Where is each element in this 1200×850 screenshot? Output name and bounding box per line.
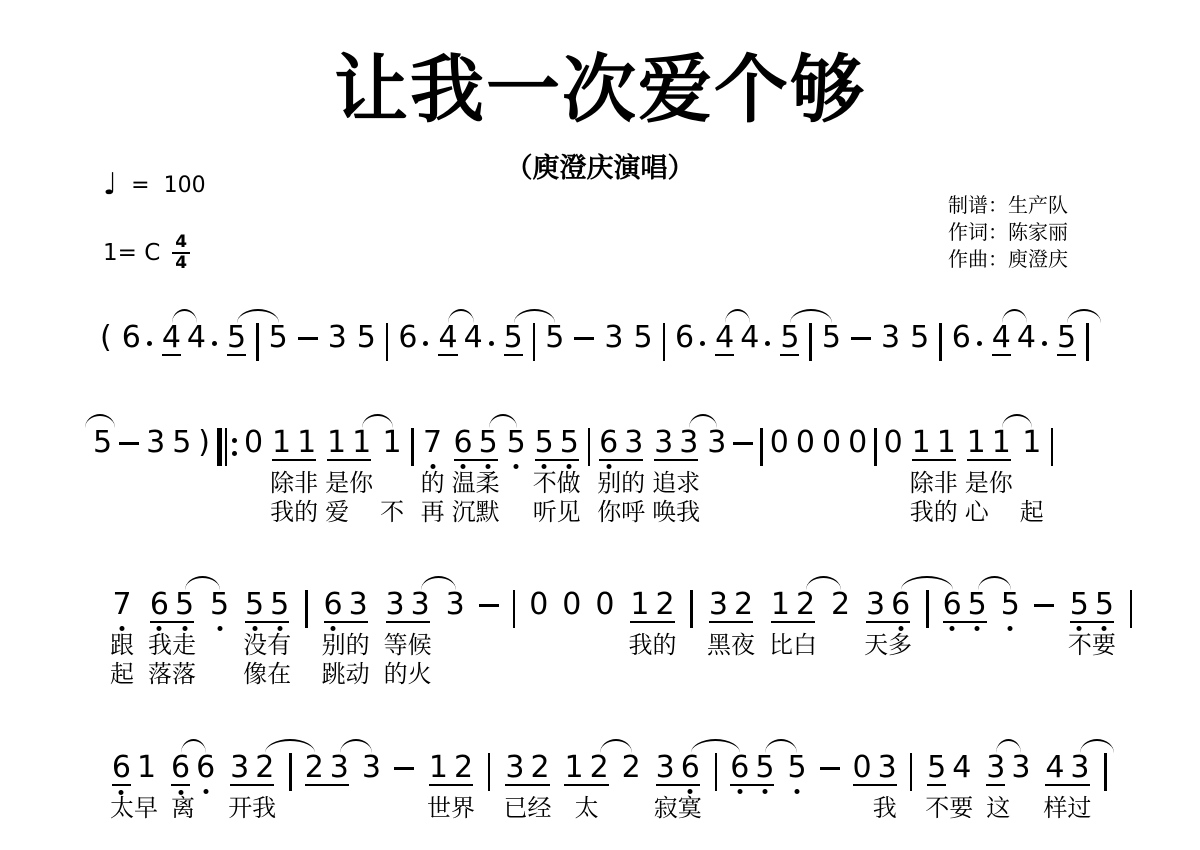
note-row: 3 — [604, 323, 623, 363]
note-group: 11除非我的 — [910, 428, 958, 527]
note: 5 — [787, 753, 806, 783]
note: 1 — [992, 428, 1011, 458]
music-line-2: 535)011除非我的11是你爱1不7的再65温柔沉默555不做听见63别的你呼… — [93, 428, 1053, 527]
lyric-line1 — [707, 469, 726, 498]
beam-group: 63 — [599, 428, 643, 461]
lyric-line1 — [848, 469, 867, 498]
note-group: 6 — [952, 323, 982, 363]
barline — [1051, 428, 1054, 466]
note-row: 55 — [245, 590, 289, 630]
lyric-line2 — [864, 660, 912, 689]
lyric-line2 — [172, 498, 191, 527]
note-group: 6 — [675, 323, 705, 363]
note: 5 — [507, 428, 526, 458]
barline — [926, 590, 929, 628]
note-row: 5 — [507, 428, 526, 468]
lyric-line1 — [822, 469, 841, 498]
note: 5 — [270, 590, 289, 620]
note-row: 6 — [398, 323, 428, 363]
note-row: 5 — [357, 323, 376, 363]
note: 1 — [272, 428, 291, 458]
note-group: 5 — [545, 323, 564, 363]
lyric-line2 — [1001, 660, 1020, 689]
dash-note — [574, 337, 594, 340]
note: 5 — [927, 753, 946, 786]
note-row: 63 — [599, 428, 643, 468]
lyric-line1 — [796, 469, 815, 498]
lyric-line1 — [362, 794, 381, 823]
lyric-line2: 跳动 — [322, 660, 370, 689]
lyric-line1: 等候 — [384, 631, 432, 660]
barline — [411, 428, 414, 466]
augmentation-dot — [977, 341, 982, 346]
note: 1 — [937, 428, 956, 458]
tie-arc — [172, 309, 197, 323]
note-group: 44 — [992, 323, 1047, 363]
lyric-line1: 别的 — [597, 469, 645, 498]
note: 6 — [122, 323, 141, 353]
note: 6 — [454, 428, 473, 458]
score: (6445535644553564455356445535)011除非我的11是… — [0, 0, 1200, 850]
augmentation-dot — [765, 341, 770, 346]
barline — [760, 428, 763, 466]
tie-arc — [978, 576, 1011, 590]
note: 3 — [230, 753, 249, 783]
note-row: 5 — [1057, 323, 1076, 363]
note: 0 — [244, 428, 263, 458]
note-group: 5 — [172, 428, 191, 527]
beam-group: 11 — [272, 428, 316, 461]
note-row: 32 — [230, 753, 274, 793]
note-group: 65 — [943, 590, 987, 689]
tie-arc — [181, 739, 206, 753]
note-group: 33等候的火 — [384, 590, 432, 689]
beam-group: 32 — [505, 753, 549, 786]
note-group: 55没有像在 — [243, 590, 291, 689]
beam-group: 33 — [654, 428, 698, 461]
note-group: 5 — [357, 323, 376, 363]
note: 3 — [866, 590, 885, 620]
note-row: 3 — [146, 428, 165, 468]
tie-arc — [901, 576, 953, 590]
tie-arc — [185, 576, 220, 590]
note-row: 7 — [112, 590, 131, 630]
note-row: 5 — [269, 323, 288, 363]
lyric-line1: 没有 — [243, 631, 291, 660]
beam-group: 55 — [535, 428, 579, 461]
note: 2 — [590, 753, 609, 783]
dash-note — [1034, 604, 1054, 607]
note-row: 3 — [328, 323, 347, 363]
note: 3 — [707, 428, 726, 458]
lyric-line1: 是你 — [965, 469, 1013, 498]
barline — [1086, 323, 1089, 361]
note-group: 6 — [398, 323, 428, 363]
note-group: 11除非我的 — [270, 428, 318, 527]
lyric-line2: 沉默 — [452, 498, 500, 527]
note-group: 3 — [881, 323, 900, 363]
note-row: 12 — [771, 590, 815, 630]
note-group: 11是你爱 — [325, 428, 373, 527]
augmentation-dot — [700, 341, 705, 346]
lyric-line1 — [529, 631, 548, 660]
note: 2 — [796, 590, 815, 620]
tie-arc — [85, 414, 115, 428]
lyric-line1 — [172, 469, 191, 498]
note: 2 — [530, 753, 549, 783]
beam-group: 03 — [853, 753, 897, 786]
music-line-4: 61太早66离32开我23312世界32已经12太236寂寞65503我54不要… — [110, 753, 1107, 823]
note: 7 — [423, 428, 442, 458]
note-group: 5 — [1057, 323, 1076, 363]
note: 3 — [1070, 753, 1089, 783]
augmentation-dot — [1042, 341, 1047, 346]
note-group: 5 — [504, 323, 523, 363]
note: 6 — [324, 590, 343, 620]
note-row: 11 — [272, 428, 316, 468]
tie-arc — [237, 309, 279, 323]
note-row: 3 — [362, 753, 381, 793]
note: 1 — [630, 590, 649, 620]
note-group: 3 — [446, 590, 465, 689]
note: 5 — [755, 753, 774, 783]
note: 4 — [1045, 753, 1064, 783]
tie-arc — [691, 739, 740, 753]
note-group: 5 — [227, 323, 246, 363]
note: 5 — [633, 323, 652, 353]
tie-arc — [1002, 414, 1032, 428]
note-row: 6 — [952, 323, 982, 363]
lyric-line2 — [244, 498, 263, 527]
note-group: 36天多 — [864, 590, 912, 689]
tie-arc — [1002, 309, 1027, 323]
note-row: 5 — [1001, 590, 1020, 630]
note: 0 — [848, 428, 867, 458]
note-group: 3 — [362, 753, 381, 823]
beam-group: 11 — [967, 428, 1011, 461]
lyric-line1: 太早 — [110, 794, 158, 823]
note: 1 — [429, 753, 448, 783]
lyric-line2 — [770, 498, 789, 527]
note: 3 — [146, 428, 165, 458]
note: 1 — [967, 428, 986, 458]
lyric-line1: 已经 — [503, 794, 551, 823]
dash-note — [119, 442, 139, 445]
note-row: 33 — [986, 753, 1030, 793]
barline — [1130, 590, 1133, 628]
dash-note — [479, 604, 499, 607]
note: 3 — [679, 428, 698, 458]
note-row: 23 — [305, 753, 349, 793]
note: 6 — [112, 753, 131, 786]
note: 0 — [822, 428, 841, 458]
note-group: 3 — [707, 428, 726, 527]
note-row: 44 — [438, 323, 493, 363]
note: 5 — [1057, 323, 1076, 356]
note-row: 65 — [454, 428, 498, 468]
tie-arc — [489, 414, 517, 428]
note: 6 — [150, 590, 169, 620]
note: 1 — [137, 753, 156, 783]
barline — [533, 323, 536, 361]
note-row: 11 — [912, 428, 956, 468]
lyric-line2 — [822, 498, 841, 527]
music-line-3: 7跟起65我走落落555没有像在63别的跳动33等候的火300012我的32黑夜… — [110, 590, 1132, 689]
note-row: 0 — [884, 428, 903, 468]
note: 3 — [604, 323, 623, 353]
barline — [1104, 753, 1107, 791]
note-group: 54不要 — [925, 753, 973, 823]
note: 3 — [656, 753, 675, 783]
lyric-line1 — [507, 469, 526, 498]
repeat-sign — [217, 428, 237, 466]
note: 6 — [599, 428, 618, 458]
note: 2 — [305, 753, 324, 783]
note-row: 3 — [881, 323, 900, 363]
lyric-line2: 像在 — [243, 660, 291, 689]
note-group: 12我的 — [628, 590, 676, 689]
lyric-line1: 离 — [171, 794, 215, 823]
note: 5 — [910, 323, 929, 353]
lyric-line2: 再 — [421, 498, 445, 527]
note: 6 — [398, 323, 417, 353]
note-row: 0 — [822, 428, 841, 468]
lyric-line2 — [831, 660, 850, 689]
note: 5 — [175, 590, 194, 620]
lyric-line1 — [210, 631, 229, 660]
barline — [663, 323, 666, 361]
lyric-line1: 不做 — [533, 469, 581, 498]
barline — [588, 428, 591, 466]
tie-arc — [790, 309, 832, 323]
dash-note — [298, 337, 318, 340]
note-group: 12世界 — [427, 753, 475, 823]
note-row: 0 — [796, 428, 815, 468]
lyric-line2 — [210, 660, 229, 689]
note-group: 43样过 — [1043, 753, 1091, 823]
lyric-line2: 起 — [110, 660, 134, 689]
note: 0 — [595, 590, 614, 620]
note: 5 — [479, 428, 498, 458]
barline — [715, 753, 718, 791]
note: 1 — [297, 428, 316, 458]
tie-arc — [448, 309, 474, 323]
note-group: 0 — [848, 428, 867, 527]
note: 5 — [93, 428, 112, 458]
note-group: 55不做听见 — [533, 428, 581, 527]
barline — [386, 323, 389, 361]
lyric-line1: 是你 — [325, 469, 373, 498]
note-group: 61太早 — [110, 753, 158, 823]
note: 1 — [912, 428, 931, 458]
note-row: 44 — [162, 323, 217, 363]
note-row: 0 — [848, 428, 867, 468]
beam-group: 11 — [327, 428, 371, 461]
barline — [256, 323, 259, 361]
note-row: 5 — [227, 323, 246, 363]
lyric-line1: 追求 — [652, 469, 700, 498]
tie-arc — [265, 739, 315, 753]
note-group: 0 — [595, 590, 614, 689]
lyric-line1: 别的 — [322, 631, 370, 660]
note: 3 — [878, 753, 897, 783]
note-row: 36 — [656, 753, 700, 793]
note-row: 5 — [910, 323, 929, 363]
note: 5 — [535, 428, 554, 458]
note: 1 — [327, 428, 346, 458]
note-group: 1起 — [1020, 428, 1044, 527]
note-group: 1不 — [380, 428, 404, 527]
note-group: 5 — [787, 753, 806, 823]
note: 5 — [560, 428, 579, 458]
note-row: 5 — [787, 753, 806, 793]
tie-arc — [1067, 309, 1101, 323]
lyric-line1: 的 — [421, 469, 445, 498]
tie-arc — [806, 576, 841, 590]
lyric-line1: 比白 — [769, 631, 817, 660]
note-row: 65 — [730, 753, 774, 793]
note-group: 3 — [328, 323, 347, 363]
beam-group: 12 — [630, 590, 674, 623]
tie-arc — [765, 739, 797, 753]
barline — [910, 753, 913, 791]
lyric-line1 — [595, 631, 614, 660]
lyric-line2 — [595, 660, 614, 689]
note: 5 — [172, 428, 191, 458]
note-group: 44 — [438, 323, 493, 363]
lyric-line2: 听见 — [533, 498, 581, 527]
note: 3 — [328, 323, 347, 353]
parenthesis: ( — [100, 323, 112, 353]
beam-group: 65 — [730, 753, 774, 786]
note: 6 — [196, 753, 215, 783]
lyric-line1 — [884, 469, 903, 498]
lyric-line1 — [1001, 631, 1020, 660]
note-row: 2 — [622, 753, 641, 793]
lyric-line1: 不要 — [925, 794, 973, 823]
note-group: 65温柔沉默 — [452, 428, 500, 527]
barline — [289, 753, 292, 791]
note-group: 5 — [210, 590, 229, 689]
note-row: 63 — [324, 590, 368, 630]
note-row: 5 — [633, 323, 652, 363]
beam-group: 12 — [771, 590, 815, 623]
lyric-line2 — [943, 660, 987, 689]
beam-group: 23 — [305, 753, 349, 786]
note: 5 — [780, 323, 799, 356]
lyric-line2 — [146, 498, 165, 527]
lyric-line1 — [787, 794, 806, 823]
lyric-line2 — [446, 660, 465, 689]
note: 4 — [952, 753, 971, 783]
beam-group: 12 — [429, 753, 473, 786]
lyric-line1: 天多 — [864, 631, 912, 660]
note: 0 — [884, 428, 903, 458]
note: 6 — [891, 590, 910, 620]
lyric-line2 — [796, 498, 815, 527]
note: 5 — [245, 590, 264, 620]
note-row: 32 — [505, 753, 549, 793]
note-row: 0 — [595, 590, 614, 630]
note-row: 3 — [446, 590, 465, 630]
note: 5 — [504, 323, 523, 356]
lyric-line1: 太 — [564, 794, 608, 823]
augmentation-dot — [147, 341, 152, 346]
lyric-line1 — [146, 469, 165, 498]
beam-group: 65 — [454, 428, 498, 461]
note-row: 5 — [545, 323, 564, 363]
lyric-line1 — [562, 631, 581, 660]
note: 6 — [171, 753, 190, 786]
note-row: 5 — [504, 323, 523, 363]
note: 6 — [952, 323, 971, 353]
note: 3 — [446, 590, 465, 620]
lyric-line1: 温柔 — [452, 469, 500, 498]
note: 3 — [411, 590, 430, 620]
lyric-line2: 爱 — [325, 498, 373, 527]
lyric-line2: 心 — [965, 498, 1013, 527]
beam-group: 33 — [386, 590, 430, 623]
note-row: 44 — [715, 323, 770, 363]
note: 5 — [822, 323, 841, 353]
note: 5 — [968, 590, 987, 620]
note: 5 — [1095, 590, 1114, 620]
note: 1 — [771, 590, 790, 620]
note: 6 — [681, 753, 700, 783]
beam-group: 43 — [1045, 753, 1089, 786]
note: 5 — [545, 323, 564, 353]
tie-arc — [514, 309, 555, 323]
lyric-line1 — [730, 794, 774, 823]
lyric-line2 — [1068, 660, 1116, 689]
note-row: 6 — [122, 323, 152, 363]
note-row: 12 — [630, 590, 674, 630]
tie-arc — [421, 576, 456, 590]
tie-arc — [600, 739, 632, 753]
note: 1 — [383, 428, 402, 458]
lyric-line1: 除非 — [270, 469, 318, 498]
lyric-line2: 你呼 — [597, 498, 645, 527]
note: 0 — [562, 590, 581, 620]
lyric-line1 — [244, 469, 263, 498]
lyric-line1 — [831, 631, 850, 660]
note: 3 — [709, 590, 728, 620]
note: 4 — [187, 323, 206, 353]
note-group: 55不要 — [1068, 590, 1116, 689]
barline — [513, 590, 516, 628]
lyric-line1 — [93, 469, 112, 498]
lyric-line2 — [529, 660, 548, 689]
note: 5 — [357, 323, 376, 353]
note-group: 0 — [822, 428, 841, 527]
note-group: 5 — [1001, 590, 1020, 689]
dash-note — [820, 767, 840, 770]
note-row: 11 — [327, 428, 371, 468]
note-group: 5 — [633, 323, 652, 363]
note-row: 0 — [244, 428, 263, 468]
note: 5 — [1001, 590, 1020, 620]
note-row: 33 — [654, 428, 698, 468]
lyric-line2: 我的 — [910, 498, 958, 527]
note-group: 3 — [146, 428, 165, 527]
lyric-line2 — [562, 660, 581, 689]
music-line-1: (6445535644553564455356445 — [100, 323, 1089, 363]
note-group: 32已经 — [503, 753, 551, 823]
note: 1 — [564, 753, 583, 783]
note-group: 5 — [269, 323, 288, 363]
dash-note — [394, 767, 414, 770]
note-group: 2 — [622, 753, 641, 823]
